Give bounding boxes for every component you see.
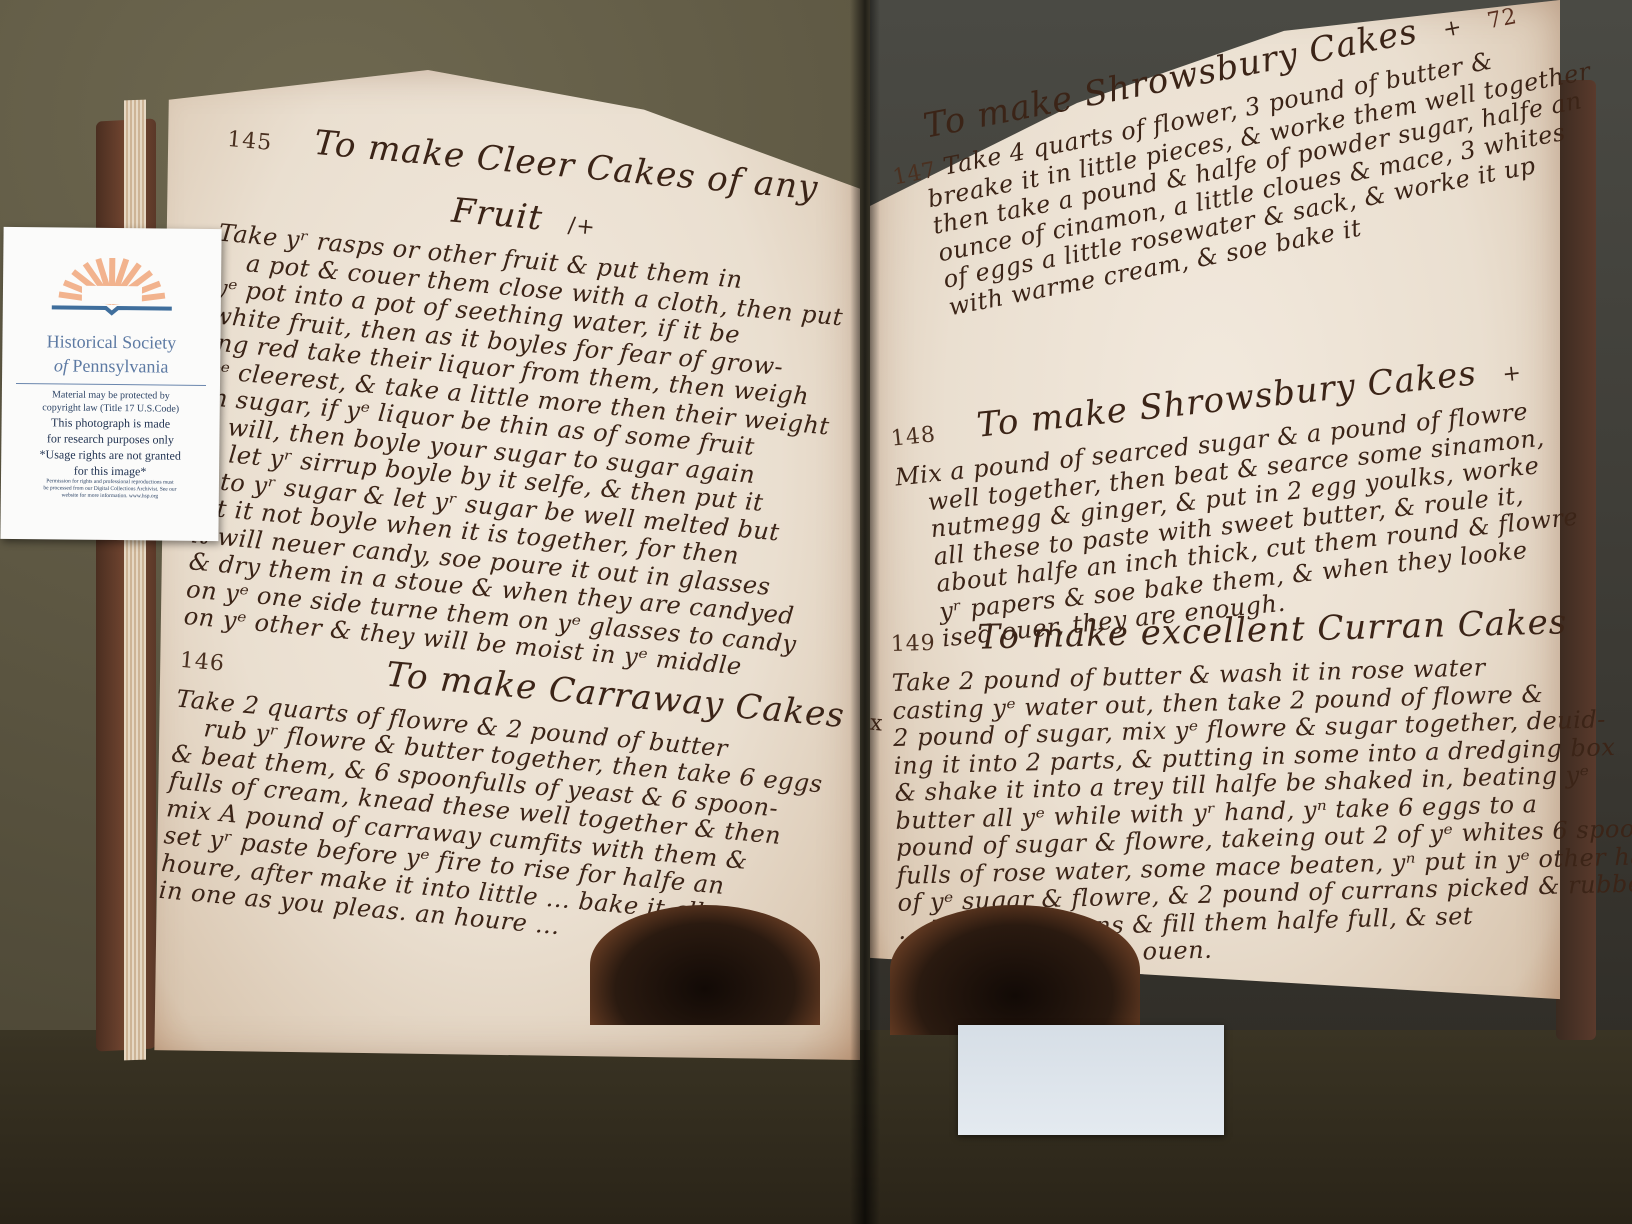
- hsp-usage-card: Historical Society of Pennsylvania Mater…: [0, 227, 221, 541]
- annotation-mark: +: [1501, 361, 1523, 388]
- recipe-number: 148: [889, 410, 939, 464]
- recipe-number: 149: [890, 619, 936, 670]
- margin-note: 72: [1485, 4, 1519, 34]
- hsp-sunburst-book-logo-icon: [42, 249, 183, 320]
- card-divider: [16, 383, 206, 386]
- left-page-text: 145 To make Cleer Cakes of any Fruit /+ …: [158, 110, 868, 962]
- annotation-mark: x: [869, 710, 885, 736]
- recipe-145: 145 To make Cleer Cakes of any Fruit /+ …: [183, 110, 868, 688]
- blank-paper-slip: [958, 1025, 1224, 1135]
- hsp-org-name: Historical Society of Pennsylvania: [2, 329, 220, 379]
- fine-print-3: website for more information. www.hsp.or…: [1, 492, 219, 501]
- recipe-number: 146: [178, 635, 227, 689]
- recipe-number: 145: [225, 115, 274, 169]
- org-name-of: of: [54, 355, 68, 375]
- org-name-state: Pennsylvania: [72, 356, 168, 377]
- annotation-mark: +: [1441, 15, 1465, 43]
- org-name-line1: Historical Society: [2, 329, 220, 355]
- annotation-mark: /+: [567, 213, 597, 240]
- burn-damage-left: [590, 905, 820, 1025]
- recipe-title-text-2: Fruit: [450, 191, 545, 239]
- burn-damage-right: [890, 905, 1140, 1035]
- org-name-line2: of Pennsylvania: [2, 353, 220, 379]
- recipe-title-text: To make excellent Curran Cakes: [977, 602, 1568, 657]
